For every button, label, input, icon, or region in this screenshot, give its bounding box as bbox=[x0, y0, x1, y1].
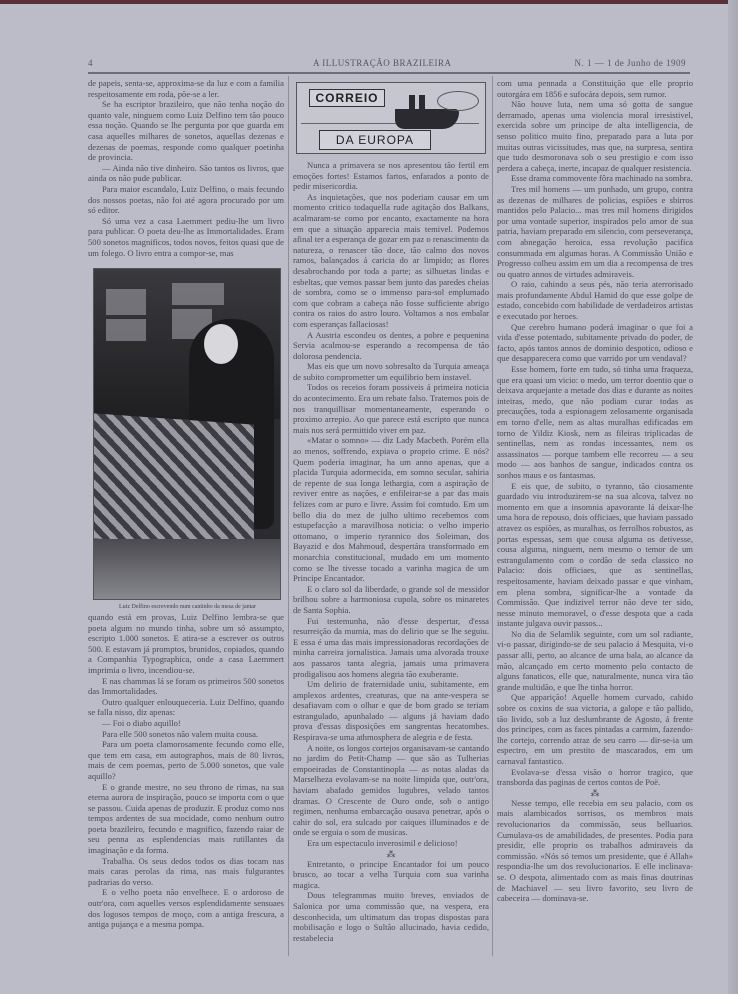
paragraph: Se ha escriptor brazileiro, que não tenh… bbox=[88, 99, 284, 163]
column-1: de papeis, senta-se, approxima-se da luz… bbox=[88, 78, 284, 258]
paragraph: Fui testemunha, não d'esse despertar, d'… bbox=[293, 616, 489, 680]
paragraph: Nesse tempo, elle recebia em seu palacio… bbox=[497, 798, 693, 904]
paragraph: E eis que, de subito, o tyranno, tão cio… bbox=[497, 481, 693, 629]
column-3: com uma pennada a Constituição que elle … bbox=[497, 78, 693, 904]
paragraph: Só uma vez a casa Laemmert pediu-lhe um … bbox=[88, 216, 284, 258]
paragraph: Que cerebro humano poderá imaginar o que… bbox=[497, 322, 693, 364]
floor bbox=[94, 539, 280, 599]
paragraph: Um delirio de fraternidade uniu, subitam… bbox=[293, 679, 489, 743]
column-3-text: com uma pennada a Constituição que elle … bbox=[497, 78, 693, 904]
man-head bbox=[204, 324, 238, 364]
paragraph: Para maior escandalo, Luiz Delfino, o ma… bbox=[88, 184, 284, 216]
paragraph: Para um poeta clamorosamente fecundo com… bbox=[88, 739, 284, 781]
photo-poet-at-table-icon bbox=[93, 268, 281, 600]
paragraph: Todos os receios foram possiveis á prime… bbox=[293, 382, 489, 435]
paragraph: — Foi o diabo aquillo! bbox=[88, 718, 284, 729]
paragraph: Esse homem, forte em tudo, só tinha uma … bbox=[497, 364, 693, 481]
paragraph: O raio, cahindo a seus pés, não teria at… bbox=[497, 279, 693, 321]
column-1-bottom: quando está em provas, Luiz Delfino lemb… bbox=[88, 612, 284, 930]
paragraph: Evolava-se d'essa visão o horror tragico… bbox=[497, 767, 693, 788]
page-number: 4 bbox=[88, 58, 93, 68]
column-2: Nunca a primavera se nos apresentou tão … bbox=[293, 160, 489, 943]
banner-title-line2: DA EUROPA bbox=[319, 130, 431, 150]
paragraph: Esse drama commovente fôra machinado na … bbox=[497, 173, 693, 184]
paragraph: quando está em provas, Luiz Delfino lemb… bbox=[88, 612, 284, 676]
paragraph: Entretanto, o principe Encantador foi um… bbox=[293, 859, 489, 891]
scan-right-edge bbox=[728, 0, 738, 994]
paragraph: Tres mil homens — um punhado, um grupo, … bbox=[497, 184, 693, 279]
ship-funnel bbox=[409, 95, 415, 109]
paragraph: — Ainda não tive dinheiro. São tantos os… bbox=[88, 163, 284, 184]
checkered-table bbox=[94, 413, 254, 549]
cabinet-shelf bbox=[106, 289, 146, 315]
paragraph: Era um espectaculo inverosimil e delicio… bbox=[293, 838, 489, 849]
paragraph: Trabalha. Os seus dedos todos os dias to… bbox=[88, 856, 284, 888]
paragraph: E o claro sol da liberdade, o grande sol… bbox=[293, 584, 489, 616]
publication-title: A ILLUSTRAÇÃO BRAZILEIRA bbox=[313, 58, 452, 68]
correio-da-europa-banner: CORREIO DA EUROPA bbox=[296, 82, 486, 154]
paragraph: E o grande mestre, no seu throno de rima… bbox=[88, 782, 284, 856]
column-2-text: Nunca a primavera se nos apresentou tão … bbox=[293, 160, 489, 943]
column-divider bbox=[288, 76, 289, 956]
header-rule bbox=[88, 72, 690, 74]
paragraph: de papeis, senta-se, approxima-se da luz… bbox=[88, 78, 284, 99]
paragraph: A Austria escondeu os dentes, a pobre e … bbox=[293, 330, 489, 362]
paragraph: E nas chammas lá se foram os primeiros 5… bbox=[88, 676, 284, 697]
section-separator: ⁂ bbox=[497, 788, 693, 798]
section-separator: ⁂ bbox=[293, 849, 489, 859]
paragraph: As inquietações, que nos poderiam causar… bbox=[293, 192, 489, 330]
cabinet-shelf bbox=[172, 283, 224, 305]
paragraph: Dous telegrammas muito breves, enviados … bbox=[293, 890, 489, 943]
paragraph: Nunca a primavera se nos apresentou tão … bbox=[293, 160, 489, 192]
paragraph: Não houve luta, nem uma só gotta de sang… bbox=[497, 99, 693, 173]
paragraph: com uma pennada a Constituição que elle … bbox=[497, 78, 693, 99]
paragraph: Para elle 500 sonetos não valem muita co… bbox=[88, 729, 284, 740]
cabinet-shelf bbox=[106, 319, 146, 341]
column-1-top-text: de papeis, senta-se, approxima-se da luz… bbox=[88, 78, 284, 258]
paragraph: Mas eis que um novo sobresalto da Turqui… bbox=[293, 361, 489, 382]
column-1-bottom-text: quando está em provas, Luiz Delfino lemb… bbox=[88, 612, 284, 930]
paragraph: Outro qualquer enlouqueceria. Luiz Delfi… bbox=[88, 697, 284, 718]
paragraph: E o velho poeta não envelhece. E o ardor… bbox=[88, 887, 284, 929]
issue-date: N. 1 — 1 de Junho de 1909 bbox=[575, 58, 687, 68]
paragraph: «Matar o somno» — diz Lady Macbeth. Poré… bbox=[293, 435, 489, 583]
photo-caption: Luiz Delfino escrevendo num cantinho da … bbox=[100, 604, 275, 610]
paragraph: Que apparição! Aquelle homem curvado, ca… bbox=[497, 692, 693, 766]
paragraph: No dia de Selamlik seguinte, com um sol … bbox=[497, 629, 693, 693]
smoke-icon bbox=[437, 91, 479, 111]
page-header: 4 A ILLUSTRAÇÃO BRAZILEIRA N. 1 — 1 de J… bbox=[88, 56, 690, 70]
column-divider bbox=[492, 76, 493, 956]
paragraph: A noite, os longos cortejos organisavam-… bbox=[293, 743, 489, 838]
ship-funnel bbox=[419, 95, 425, 109]
steamship-icon bbox=[395, 109, 459, 129]
banner-title-line1: CORREIO bbox=[309, 89, 385, 107]
